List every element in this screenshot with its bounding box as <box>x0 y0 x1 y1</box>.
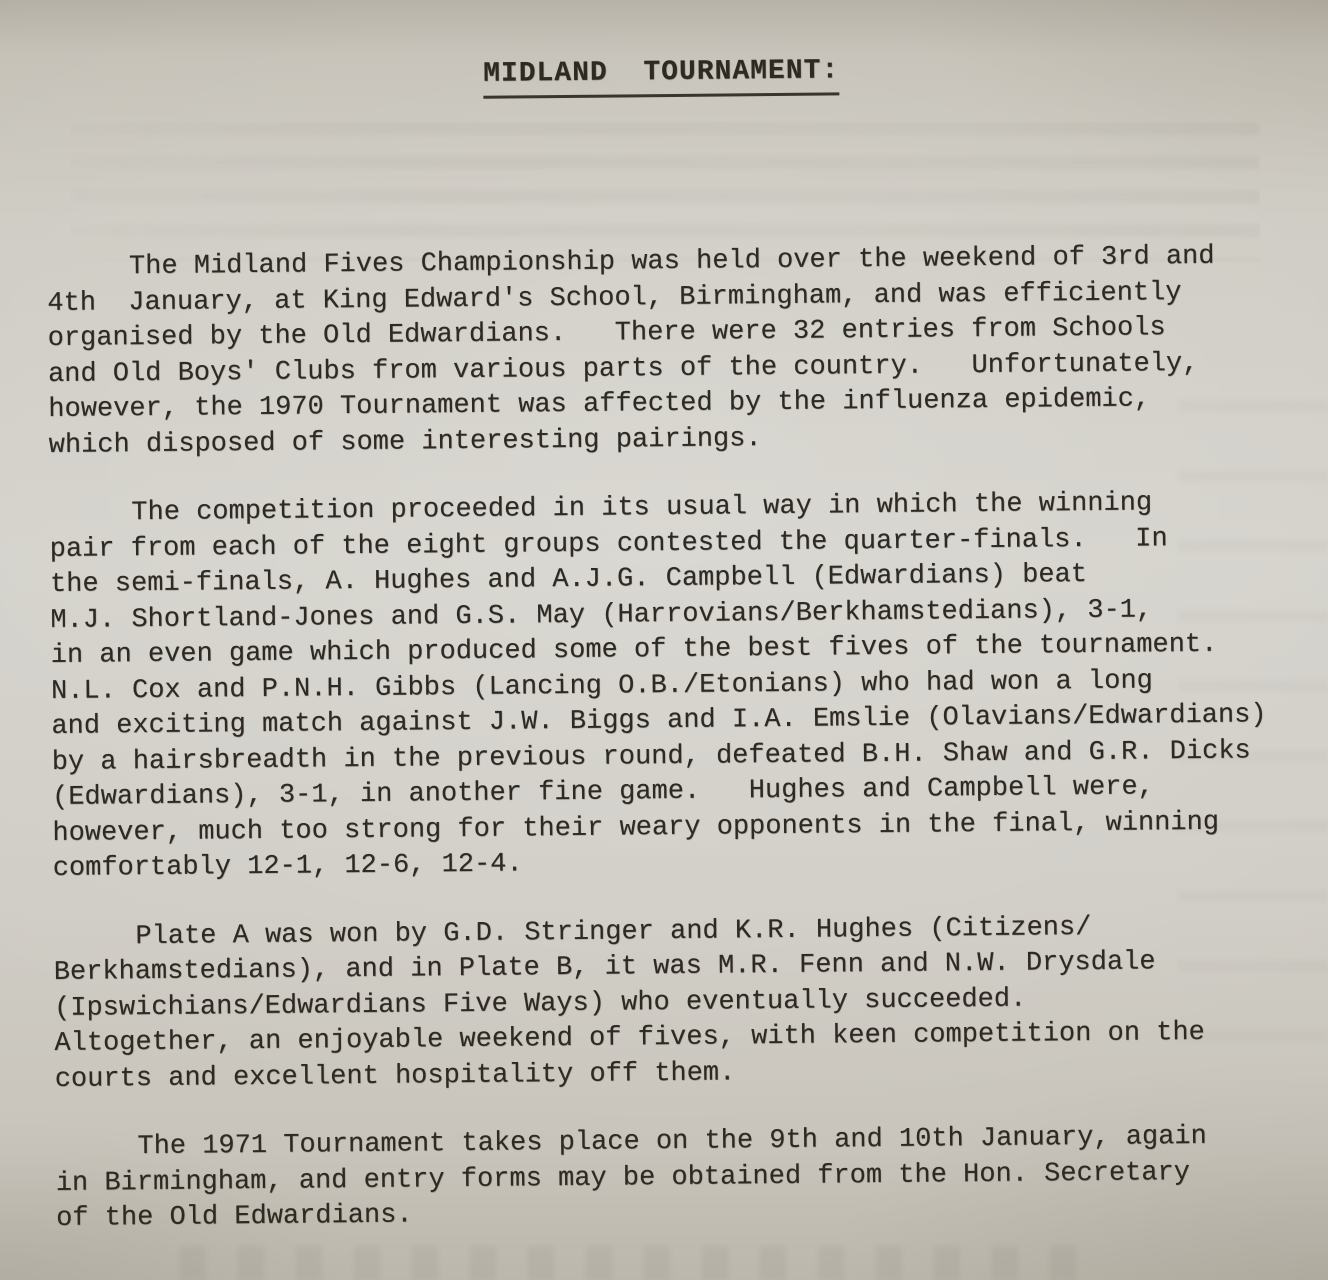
document-content: MIDLAND TOURNAMENT: The Midland Fives Ch… <box>45 50 1306 1237</box>
paragraph-plate-winners: Plate A was won by G.D. Stringer and K.R… <box>53 908 1305 1097</box>
paragraph-competition-results: The competition proceeded in its usual w… <box>49 485 1303 887</box>
document-page: MIDLAND TOURNAMENT: The Midland Fives Ch… <box>0 0 1328 1280</box>
paragraph-next-tournament: The 1971 Tournament takes place on the 9… <box>55 1119 1306 1237</box>
paragraph-championship-intro: The Midland Fives Championship was held … <box>47 239 1299 464</box>
bleed-through-ghost-text-bottom <box>180 1246 1080 1280</box>
page-title: MIDLAND TOURNAMENT: <box>483 54 839 98</box>
document-body: The Midland Fives Championship was held … <box>47 239 1306 1237</box>
